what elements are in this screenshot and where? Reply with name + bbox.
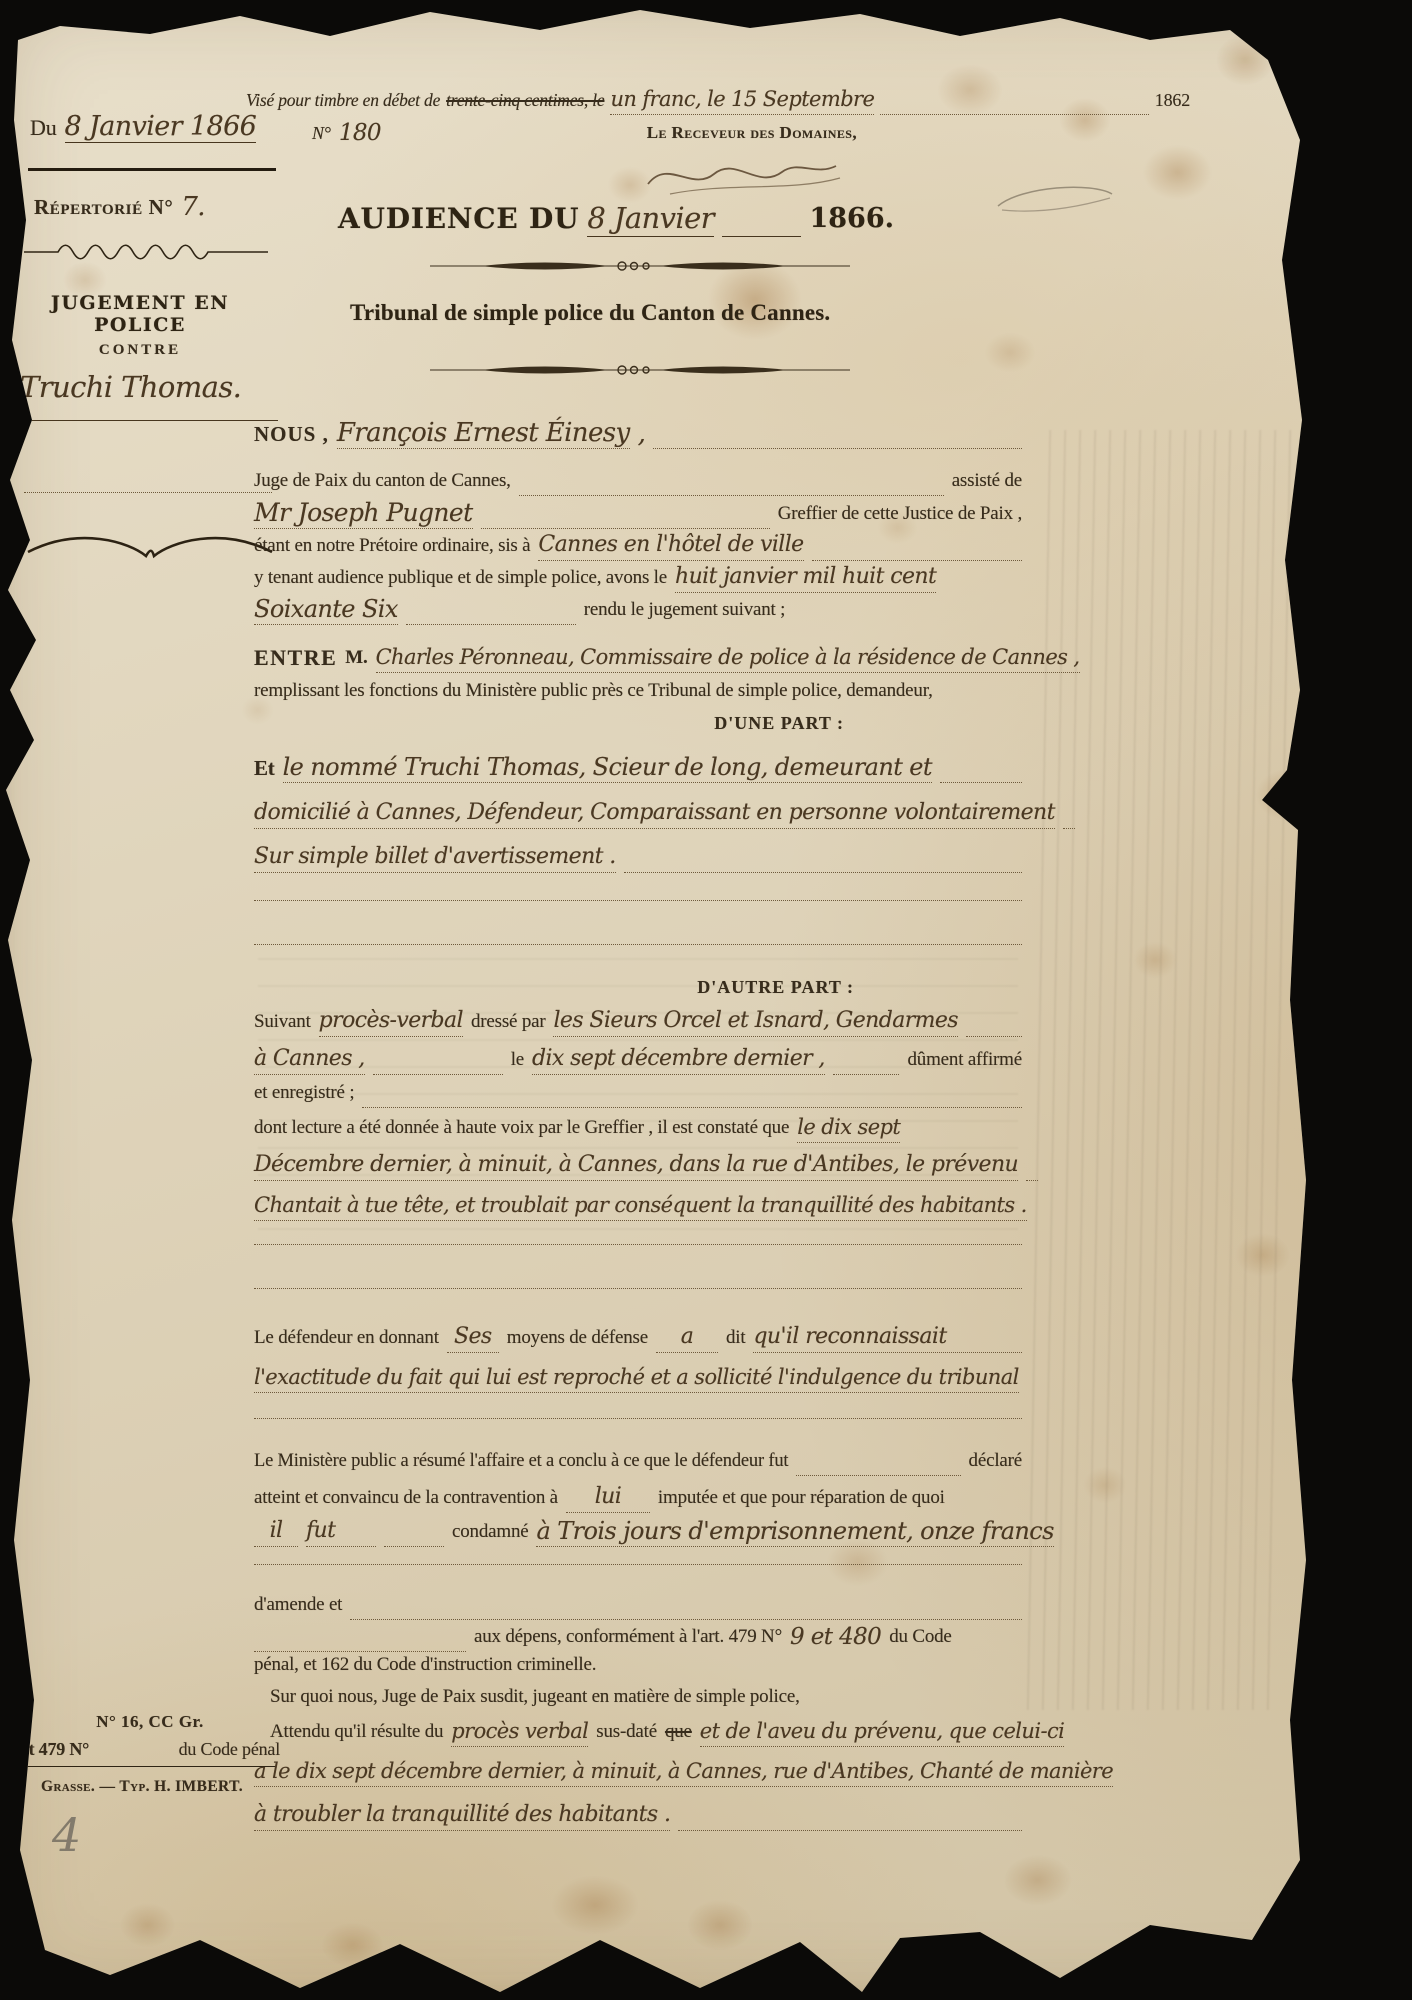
vise-struck-amount: trente-cinq centimes, le: [446, 85, 604, 115]
fill-rule: [722, 236, 802, 237]
constat-line-2: Chantait à tue tête, et troublait par co…: [254, 1190, 1044, 1221]
atteint-label: atteint et convaincu de la contravention…: [254, 1483, 558, 1513]
fill-rule: [1063, 828, 1075, 829]
fill-rule: [350, 1619, 1022, 1620]
fill-rule: [519, 495, 944, 496]
vise-year: 1862: [1155, 85, 1190, 115]
repertorie-number-handwritten: 7.: [181, 192, 205, 222]
greffier-label: Greffier de cette Justice de Paix ,: [778, 499, 1022, 529]
ministere-fonctions-line: remplissant les fonctions du Ministère p…: [254, 680, 1044, 702]
pv-date-handwritten: dix sept décembre dernier ,: [532, 1044, 825, 1075]
fill-rule: [406, 624, 576, 625]
wavy-rule: [22, 240, 270, 260]
une-part-line: D'UNE PART :: [254, 708, 1022, 738]
peine-handwritten: à Trois jours d'emprisonnement, onze fra…: [536, 1516, 1053, 1547]
lecture-handwritten-1: le dix sept: [797, 1112, 900, 1143]
fill-rule: [812, 560, 1022, 561]
fill-rule: [254, 1651, 466, 1652]
stain: [535, 1865, 655, 1945]
que-struck-label: que: [665, 1717, 692, 1747]
verso-bleed-through: [1027, 430, 1301, 1710]
dresse-label: dressé par: [471, 1007, 546, 1037]
exactitude-line: l'exactitude du fait qui lui est reproch…: [254, 1362, 1054, 1393]
greffier-line: Mr Joseph Pugnet Greffier de cette Justi…: [254, 498, 1022, 529]
blank-rule: [254, 1418, 1022, 1419]
repertoire-line: Répertorié N° 7.: [34, 192, 284, 222]
le-label: le: [511, 1045, 524, 1075]
vise-stamp-line: Visé pour timbre en débet de trente-cinq…: [246, 84, 1190, 115]
assiste-label: assisté de: [952, 466, 1022, 496]
attendu-label: Attendu qu'il résulte du: [270, 1717, 443, 1747]
blank-rule: [254, 900, 1022, 901]
entre-line: ENTRE M. Charles Péronneau, Commissaire …: [254, 642, 1022, 673]
decorative-brace: [24, 522, 276, 564]
divider-ornament: [430, 362, 850, 378]
stain: [675, 1890, 765, 1960]
vise-label: Visé pour timbre en débet de: [246, 85, 440, 115]
cannes-handwritten: à Cannes ,: [254, 1044, 365, 1075]
nomme-handwritten-2: domicilié à Cannes, Défendeur, Comparais…: [254, 798, 1055, 829]
scan-background: Du 8 Janvier 1866 Répertorié N° 7. JUGEM…: [0, 0, 1412, 2000]
enregistre-line: et enregistré ;: [254, 1078, 1022, 1108]
fill-rule: [940, 782, 1022, 783]
lecture-line: dont lecture a été donnée à haute voix p…: [254, 1112, 1022, 1143]
date-handwritten: huit janvier mil huit cent: [675, 562, 936, 593]
judge-name-handwritten: François Ernest Éinesy: [337, 418, 630, 449]
audience-label: AUDIENCE DU: [338, 201, 579, 237]
nous-label: NOUS ,: [254, 419, 329, 449]
fill-rule: [880, 114, 1148, 115]
fill-rule: [966, 1036, 1022, 1037]
pencil-page-number: 4: [52, 1808, 81, 1862]
amende-line: d'amende et: [254, 1590, 1022, 1620]
fill-rule: [384, 1546, 444, 1547]
du-label: Du: [30, 113, 57, 143]
numero-value-handwritten: 180: [339, 118, 381, 148]
fill-rule: [1026, 1180, 1038, 1181]
ses-handwritten: Ses: [447, 1322, 499, 1353]
et-nomme-line: Et le nommé Truchi Thomas, Scieur de lon…: [254, 752, 1022, 783]
imputee-label: imputée et que pour réparation de quoi: [658, 1483, 945, 1513]
handwritten-comma: ,: [638, 419, 646, 449]
blank-rule: [254, 1564, 1022, 1565]
soixante-handwritten: Soixante Six: [254, 594, 398, 625]
reconnait-handwritten: qu'il reconnaissait: [753, 1322, 1022, 1353]
aveu-handwritten: et de l'aveu du prévenu, que celui-ci: [700, 1716, 1064, 1747]
defendant-underline: [20, 420, 278, 421]
surquoi-line: Sur quoi nous, Juge de Paix susdit, juge…: [270, 1686, 800, 1708]
divider-ornament: [430, 258, 850, 274]
footer-ref-article-line: Art 479 N° du Code pénal: [8, 1734, 280, 1764]
defenseur-label: Le défendeur en donnant: [254, 1323, 439, 1353]
greffier-name-handwritten: Mr Joseph Pugnet: [254, 498, 473, 529]
pencil-flourish: [992, 180, 1122, 218]
footer-rule: [8, 1766, 276, 1767]
fait-handwritten-2: à troubler la tranquillité des habitants…: [254, 1800, 670, 1831]
cannes-date-line: à Cannes , le dix sept décembre dernier …: [254, 1044, 1022, 1075]
blank-rule: [254, 1244, 1022, 1245]
receveur-label: Le Receveur des Domaines,: [647, 118, 857, 148]
fill-rule: [796, 1475, 960, 1476]
ministere-public-label: Le Ministère public a résumé l'affaire e…: [254, 1446, 788, 1476]
susdate-label: sus-daté: [596, 1717, 657, 1747]
stain: [110, 1895, 185, 1955]
fill-rule: [833, 1074, 900, 1075]
fait-handwritten-1: a le dix sept décembre dernier, à minuit…: [254, 1756, 1113, 1787]
nomme-handwritten-1: le nommé Truchi Thomas, Scieur de long, …: [283, 752, 932, 783]
stain: [975, 325, 1045, 380]
blank-rule: [254, 1288, 1022, 1289]
condamnation-line: il fut condamné à Trois jours d'emprison…: [254, 1516, 1022, 1547]
affirme-label: dûment affirmé: [907, 1045, 1022, 1075]
audience-title-line: AUDIENCE DU 8 Janvier 1866.: [338, 200, 894, 237]
lecture-handwritten-2: Décembre dernier, à minuit, à Cannes, da…: [254, 1150, 1018, 1181]
numero-label: N°: [312, 118, 331, 148]
pretoire-handwritten: Cannes en l'hôtel de ville: [538, 530, 803, 561]
moyens-label: moyens de défense: [507, 1323, 648, 1353]
fut-handwritten: fut: [306, 1516, 376, 1547]
contravention-line: atteint et convaincu de la contravention…: [254, 1482, 1022, 1513]
suivant-label: Suivant: [254, 1007, 311, 1037]
stain: [1205, 25, 1285, 95]
juge-de-paix-label: Juge de Paix du canton de Cannes,: [254, 466, 511, 496]
gendarmes-handwritten: les Sieurs Orcel et Isnard, Gendarmes: [553, 1006, 958, 1037]
fill-rule: [362, 1107, 1022, 1108]
attendu-line: Attendu qu'il résulte du procès verbal s…: [270, 1716, 1050, 1747]
nomme-handwritten-3: Sur simple billet d'avertissement .: [254, 842, 616, 873]
pretoire-line: étant en notre Prétoire ordinaire, sis à…: [254, 530, 1022, 561]
stain: [1130, 135, 1225, 210]
defendant-name-line: Truchi Thomas.: [20, 372, 282, 402]
footer-ref-number: N° 16, CC Gr.: [30, 1712, 270, 1732]
blank-rule: [254, 944, 1022, 945]
a-handwritten: a: [656, 1322, 718, 1353]
contre-label: CONTRE: [15, 342, 265, 359]
soixante-line: Soixante Six rendu le jugement suivant ;: [254, 594, 1022, 625]
vise-handwritten-amount: un franc, le 15 Septembre: [610, 84, 874, 115]
stamp-number-line: N° 180 Le Receveur des Domaines,: [312, 118, 857, 148]
case-date-handwritten: 8 Janvier 1866: [65, 112, 257, 143]
entre-label: ENTRE: [254, 643, 337, 673]
tribunal-title: Tribunal de simple police du Canton de C…: [350, 300, 830, 326]
stain: [310, 1915, 395, 1975]
il-handwritten: il: [254, 1516, 298, 1547]
fill-rule: [653, 448, 1022, 449]
commissaire-handwritten: Charles Péronneau, Commissaire de police…: [376, 642, 1080, 673]
enregistre-label: et enregistré ;: [254, 1078, 354, 1108]
billet-line: Sur simple billet d'avertissement .: [254, 842, 1022, 873]
thick-rule: [28, 168, 276, 171]
audience-publique-line: y tenant audience publique et de simple …: [254, 562, 1022, 593]
juge-de-paix-line: Juge de Paix du canton de Cannes, assist…: [254, 466, 1022, 496]
penal-line: pénal, et 162 du Code d'instruction crim…: [254, 1654, 596, 1676]
articles-handwritten: 9 et 480: [790, 1622, 881, 1652]
constat-line-1: Décembre dernier, à minuit, à Cannes, da…: [254, 1150, 1022, 1181]
pretoire-label: étant en notre Prétoire ordinaire, sis à: [254, 531, 530, 561]
receveur-signature: [640, 146, 850, 204]
exactitude-handwritten: l'exactitude du fait qui lui est reproch…: [254, 1362, 1019, 1393]
lecture-handwritten-3: Chantait à tue tête, et troublait par co…: [254, 1190, 1027, 1221]
printer-imprint: Grasse. — Typ. H. IMBERT.: [8, 1778, 276, 1796]
ministere-conclusion-line: Le Ministère public a résumé l'affaire e…: [254, 1446, 1022, 1476]
jugement-title: JUGEMENT EN POLICE: [15, 292, 265, 336]
fait-line-1: a le dix sept décembre dernier, à minuit…: [254, 1756, 1094, 1787]
condamne-label: condamné: [452, 1517, 528, 1547]
rendu-label: rendu le jugement suivant ;: [584, 595, 785, 625]
une-part-label: D'UNE PART :: [714, 708, 844, 738]
proces-verbal-line: Suivant procès-verbal dressé par les Sie…: [254, 1006, 1022, 1037]
autre-part-label: D'AUTRE PART :: [697, 972, 854, 1002]
proces-verbal-2-handwritten: procès verbal: [451, 1716, 588, 1747]
fill-rule: [373, 1074, 503, 1075]
proces-verbal-handwritten: procès-verbal: [319, 1006, 463, 1037]
defendant-name-handwritten: Truchi Thomas.: [20, 372, 241, 402]
footer-ref-article: Art 479 N°: [8, 1734, 89, 1764]
depens-label: aux dépens, conformément à l'art. 479 N°: [474, 1622, 782, 1652]
domicile-line: domicilié à Cannes, Défendeur, Comparais…: [254, 798, 1022, 829]
defense-line: Le défendeur en donnant Ses moyens de dé…: [254, 1322, 1022, 1353]
fill-rule: [678, 1830, 1022, 1831]
lui-handwritten: lui: [566, 1482, 650, 1513]
nous-line: NOUS , François Ernest Éinesy ,: [254, 418, 1022, 449]
audience-date-handwritten: 8 Janvier: [587, 200, 714, 237]
case-date-line: Du 8 Janvier 1866: [30, 112, 270, 143]
amende-label: d'amende et: [254, 1590, 342, 1620]
fill-rule: [481, 528, 770, 529]
fill-rule: [624, 872, 1022, 873]
monsieur-label: M.: [345, 643, 367, 673]
audience-year: 1866.: [809, 201, 894, 237]
audience-publique-label: y tenant audience publique et de simple …: [254, 563, 667, 593]
fait-line-2: à troubler la tranquillité des habitants…: [254, 1800, 1022, 1831]
lecture-label: dont lecture a été donnée à haute voix p…: [254, 1113, 789, 1143]
declare-label: déclaré: [969, 1446, 1022, 1476]
repertorie-label: Répertorié N°: [34, 192, 173, 222]
depens-line: aux dépens, conformément à l'art. 479 N°…: [254, 1622, 1022, 1652]
code-label: du Code: [889, 1622, 951, 1652]
document-page: Du 8 Janvier 1866 Répertorié N° 7. JUGEM…: [0, 0, 1412, 2000]
dit-label: dit: [726, 1323, 745, 1353]
stain: [990, 1845, 1085, 1915]
et-label: Et: [254, 753, 275, 783]
autre-part-line: D'AUTRE PART :: [254, 972, 1022, 1002]
blank-margin-rule: [24, 492, 272, 493]
